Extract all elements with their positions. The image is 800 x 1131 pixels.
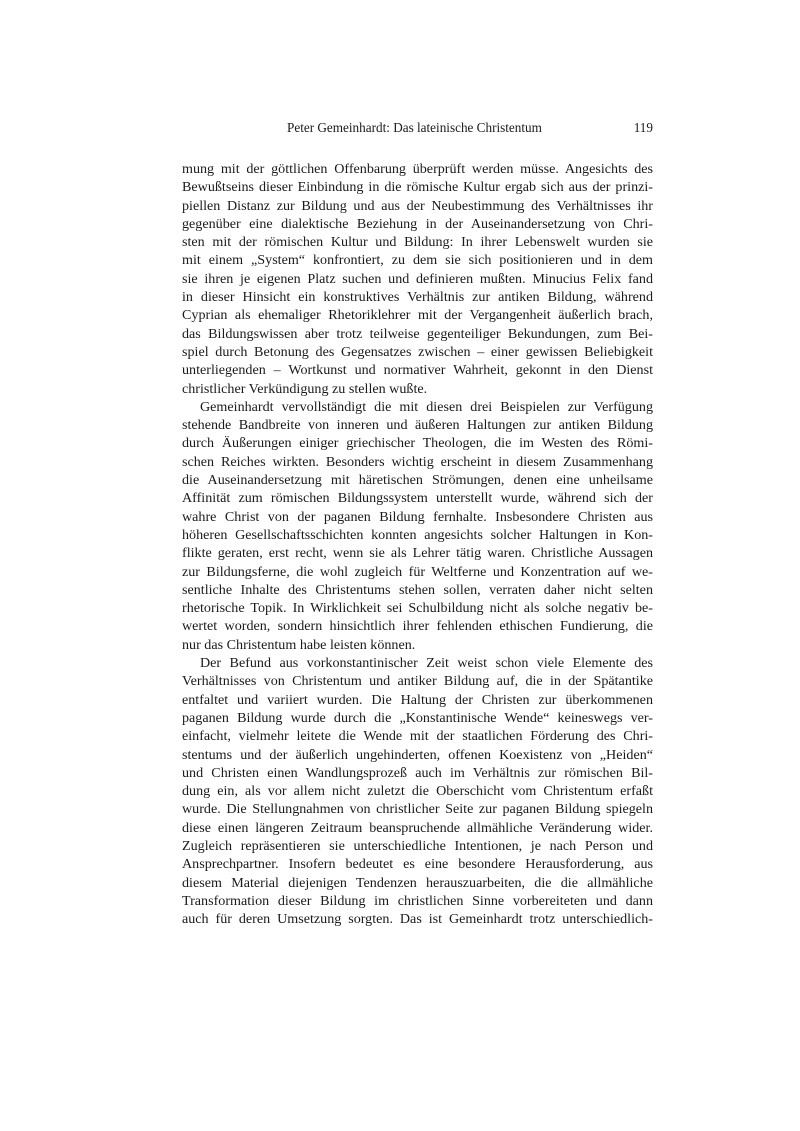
text-line: Cyprian als ehemaliger Rhetoriklehrer mi… bbox=[182, 306, 653, 324]
text-line: wahre Christ von der paganen Bildung fer… bbox=[182, 508, 653, 526]
text-line: sten mit der römischen Kultur und Bildun… bbox=[182, 233, 653, 251]
text-line: dung ein, als vor allem nicht zuletzt di… bbox=[182, 782, 653, 800]
text-line: mung mit der göttlichen Offenbarung über… bbox=[182, 160, 653, 178]
text-line: Transformation dieser Bildung im christl… bbox=[182, 892, 653, 910]
text-line: nur das Christentum habe leisten können. bbox=[182, 636, 653, 654]
text-line: das Bildungswissen aber trotz teilweise … bbox=[182, 325, 653, 343]
text-line: sentliche Inhalte des Christentums stehe… bbox=[182, 581, 653, 599]
body-text: mung mit der göttlichen Offenbarung über… bbox=[182, 160, 653, 928]
text-line: Affinität zum römischen Bildungssystem u… bbox=[182, 489, 653, 507]
text-line: christlicher Verkündigung zu stellen wuß… bbox=[182, 380, 653, 398]
text-line: wertet worden, sondern hinsichtlich ihre… bbox=[182, 617, 653, 635]
text-line: mit einem „System“ konfrontiert, zu dem … bbox=[182, 251, 653, 269]
text-line: Gemeinhardt vervollständigt die mit dies… bbox=[182, 398, 653, 416]
text-line: und Christen einen Wandlungsprozeß auch … bbox=[182, 764, 653, 782]
text-line: auch für deren Umsetzung sorgten. Das is… bbox=[182, 910, 653, 928]
text-line: unterliegenden – Wortkunst und normative… bbox=[182, 361, 653, 379]
text-line: wurde. Die Stellungnahmen von christlich… bbox=[182, 800, 653, 818]
text-line: die Auseinandersetzung mit häretischen S… bbox=[182, 471, 653, 489]
text-line: Verhältnisses von Christentum und antike… bbox=[182, 672, 653, 690]
text-line: Bewußtseins dieser Einbindung in die röm… bbox=[182, 178, 653, 196]
text-line: sie ihren je eigenen Platz suchen und de… bbox=[182, 270, 653, 288]
text-line: spiel durch Betonung des Gegensatzes zwi… bbox=[182, 343, 653, 361]
text-line: Zugleich repräsentieren sie unterschiedl… bbox=[182, 837, 653, 855]
text-line: stentums und der äußerlich ungehinderten… bbox=[182, 746, 653, 764]
text-line: Ansprechpartner. Insofern bedeutet es ei… bbox=[182, 855, 653, 873]
running-head-title: Peter Gemeinhardt: Das lateinische Chris… bbox=[287, 118, 542, 138]
text-line: durch Äußerungen einiger griechischer Th… bbox=[182, 434, 653, 452]
running-head: Peter Gemeinhardt: Das lateinische Chris… bbox=[182, 118, 653, 138]
text-line: rhetorische Topik. In Wirklichkeit sei S… bbox=[182, 599, 653, 617]
text-line: entfaltet und variiert wurden. Die Haltu… bbox=[182, 691, 653, 709]
text-line: einfacht, vielmehr leitete die Wende mit… bbox=[182, 727, 653, 745]
paragraph: mung mit der göttlichen Offenbarung über… bbox=[182, 160, 653, 398]
text-line: flikte geraten, erst recht, wenn sie als… bbox=[182, 544, 653, 562]
text-line: paganen Bildung wurde durch die „Konstan… bbox=[182, 709, 653, 727]
paragraph: Der Befund aus vorkonstantinischer Zeit … bbox=[182, 654, 653, 928]
page-number: 119 bbox=[634, 118, 653, 138]
paragraph: Gemeinhardt vervollständigt die mit dies… bbox=[182, 398, 653, 654]
text-line: diesem Material diejenigen Tendenzen her… bbox=[182, 874, 653, 892]
text-line: in dieser Hinsicht ein konstruktives Ver… bbox=[182, 288, 653, 306]
text-line: Der Befund aus vorkonstantinischer Zeit … bbox=[182, 654, 653, 672]
document-page: Peter Gemeinhardt: Das lateinische Chris… bbox=[182, 118, 653, 928]
text-line: stehende Bandbreite von inneren und äuße… bbox=[182, 416, 653, 434]
text-line: gegenüber eine dialektische Beziehung in… bbox=[182, 215, 653, 233]
text-line: diese einen längeren Zeitraum beanspruch… bbox=[182, 819, 653, 837]
text-line: zur Bildungsferne, die wohl zugleich für… bbox=[182, 563, 653, 581]
text-line: höheren Gesellschaftsschichten konnten a… bbox=[182, 526, 653, 544]
text-line: schen Reiches wirkten. Besonders wichtig… bbox=[182, 453, 653, 471]
text-line: piellen Distanz zur Bildung und aus der … bbox=[182, 197, 653, 215]
